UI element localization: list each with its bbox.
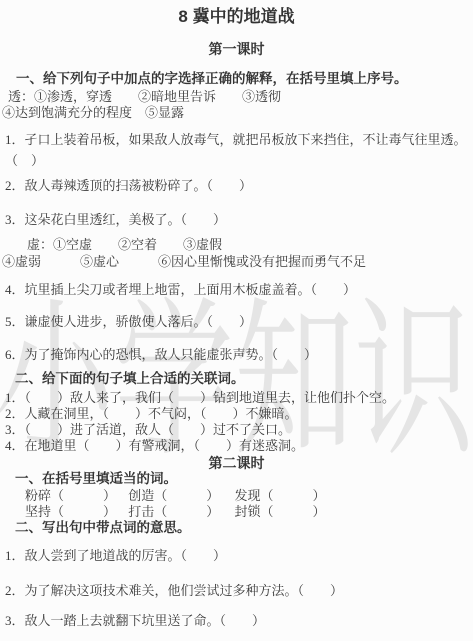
xu-options-line1: 虚：①空虚 ②空着 ③虚假 [27,237,222,252]
l1s2-item4-sentence: 4．在地道里（ ）有警戒洞，（ ）有迷惑洞。 [5,438,304,453]
word-fill-cell: 发现（ ） [235,488,326,503]
l2s2-item2-sentence: 2．为了解决这项技术难关，他们尝试过多种方法。（ ） [5,583,343,598]
lesson1-section1-heading: 一、给下列句子中加点的字选择正确的解释，在括号里填上序号。 [16,71,408,86]
l1s1-item1-answer-parens: （ ） [5,153,44,168]
word-fill-cell: 坚持（ ） [25,504,125,519]
tou-options-line1: 透：①渗透，穿透 ②暗地里告诉 ③透彻 [8,89,281,104]
l1s1-item1-sentence: 1．孑口上装着吊板，如果敌人放毒气，就把吊板放下来挡住，不让毒气往里透。 [5,132,467,147]
lesson1-heading: 第一课时 [0,41,473,57]
tou-options-line2: ④达到饱满充分的程度 ⑤显露 [2,105,184,120]
l1s1-item6-sentence: 6．为了掩饰内心的恐惧，敌人只能虚张声势。（ ） [5,347,317,362]
l1s2-item3-sentence: 3．（ ）进了活道，敌人（ ）过不了关口。 [5,422,291,437]
l1s1-item2-sentence: 2．敌人毒辣透顶的扫荡被粉碎了。（ ） [5,178,252,193]
xu-options-line2: ④虚弱 ⑤虚心 ⑥因心里惭愧或没有把握而勇气不足 [2,254,366,269]
l1s1-item4-sentence: 4．坑里插上尖刀或者埋上地雷，上面用木板虚盖着。（ ） [5,282,356,297]
word-fill-row-2: 坚持（ ） 打击（ ） 封锁（ ） [25,504,326,519]
worksheet-title: 8 冀中的地道战 [0,7,473,27]
l1s1-item5-sentence: 5．谦虚使人进步，骄傲使人落后。（ ） [5,314,252,329]
lesson2-section1-heading: 一、在括号里填适当的词。 [15,471,177,486]
l2s2-item1-sentence: 1．敌人尝到了地道战的厉害。（ ） [5,548,226,563]
word-fill-row-1: 粉碎（ ） 创造（ ） 发现（ ） [25,488,326,503]
l2s2-item3-sentence: 3．敌人一踏上去就翻下坑里送了命。（ ） [5,613,265,628]
word-fill-cell: 封锁（ ） [235,504,326,519]
l1s2-item2-sentence: 2．人藏在洞里，（ ）不气闷，（ ）不嫌暗。 [5,406,298,421]
word-fill-cell: 粉碎（ ） [25,488,125,503]
lesson2-section2-heading: 二、写出句中带点词的意思。 [15,520,191,535]
word-fill-cell: 打击（ ） [128,504,231,519]
lesson1-section2-heading: 二、给下面的句子填上合适的关联词。 [15,371,245,386]
l1s1-item3-sentence: 3．这朵花白里透红，美极了。（ ） [5,212,226,227]
word-fill-cell: 创造（ ） [128,488,231,503]
l1s2-item1-sentence: 1．（ ）敌人来了，我们（ ）钻到地道里去，让他们扑个空。 [5,390,395,405]
worksheet-page: 小学知识 8 冀中的地道战 第一课时 一、给下列句子中加点的字选择正确的解释，在… [0,0,473,641]
lesson2-heading: 第二课时 [0,455,473,471]
